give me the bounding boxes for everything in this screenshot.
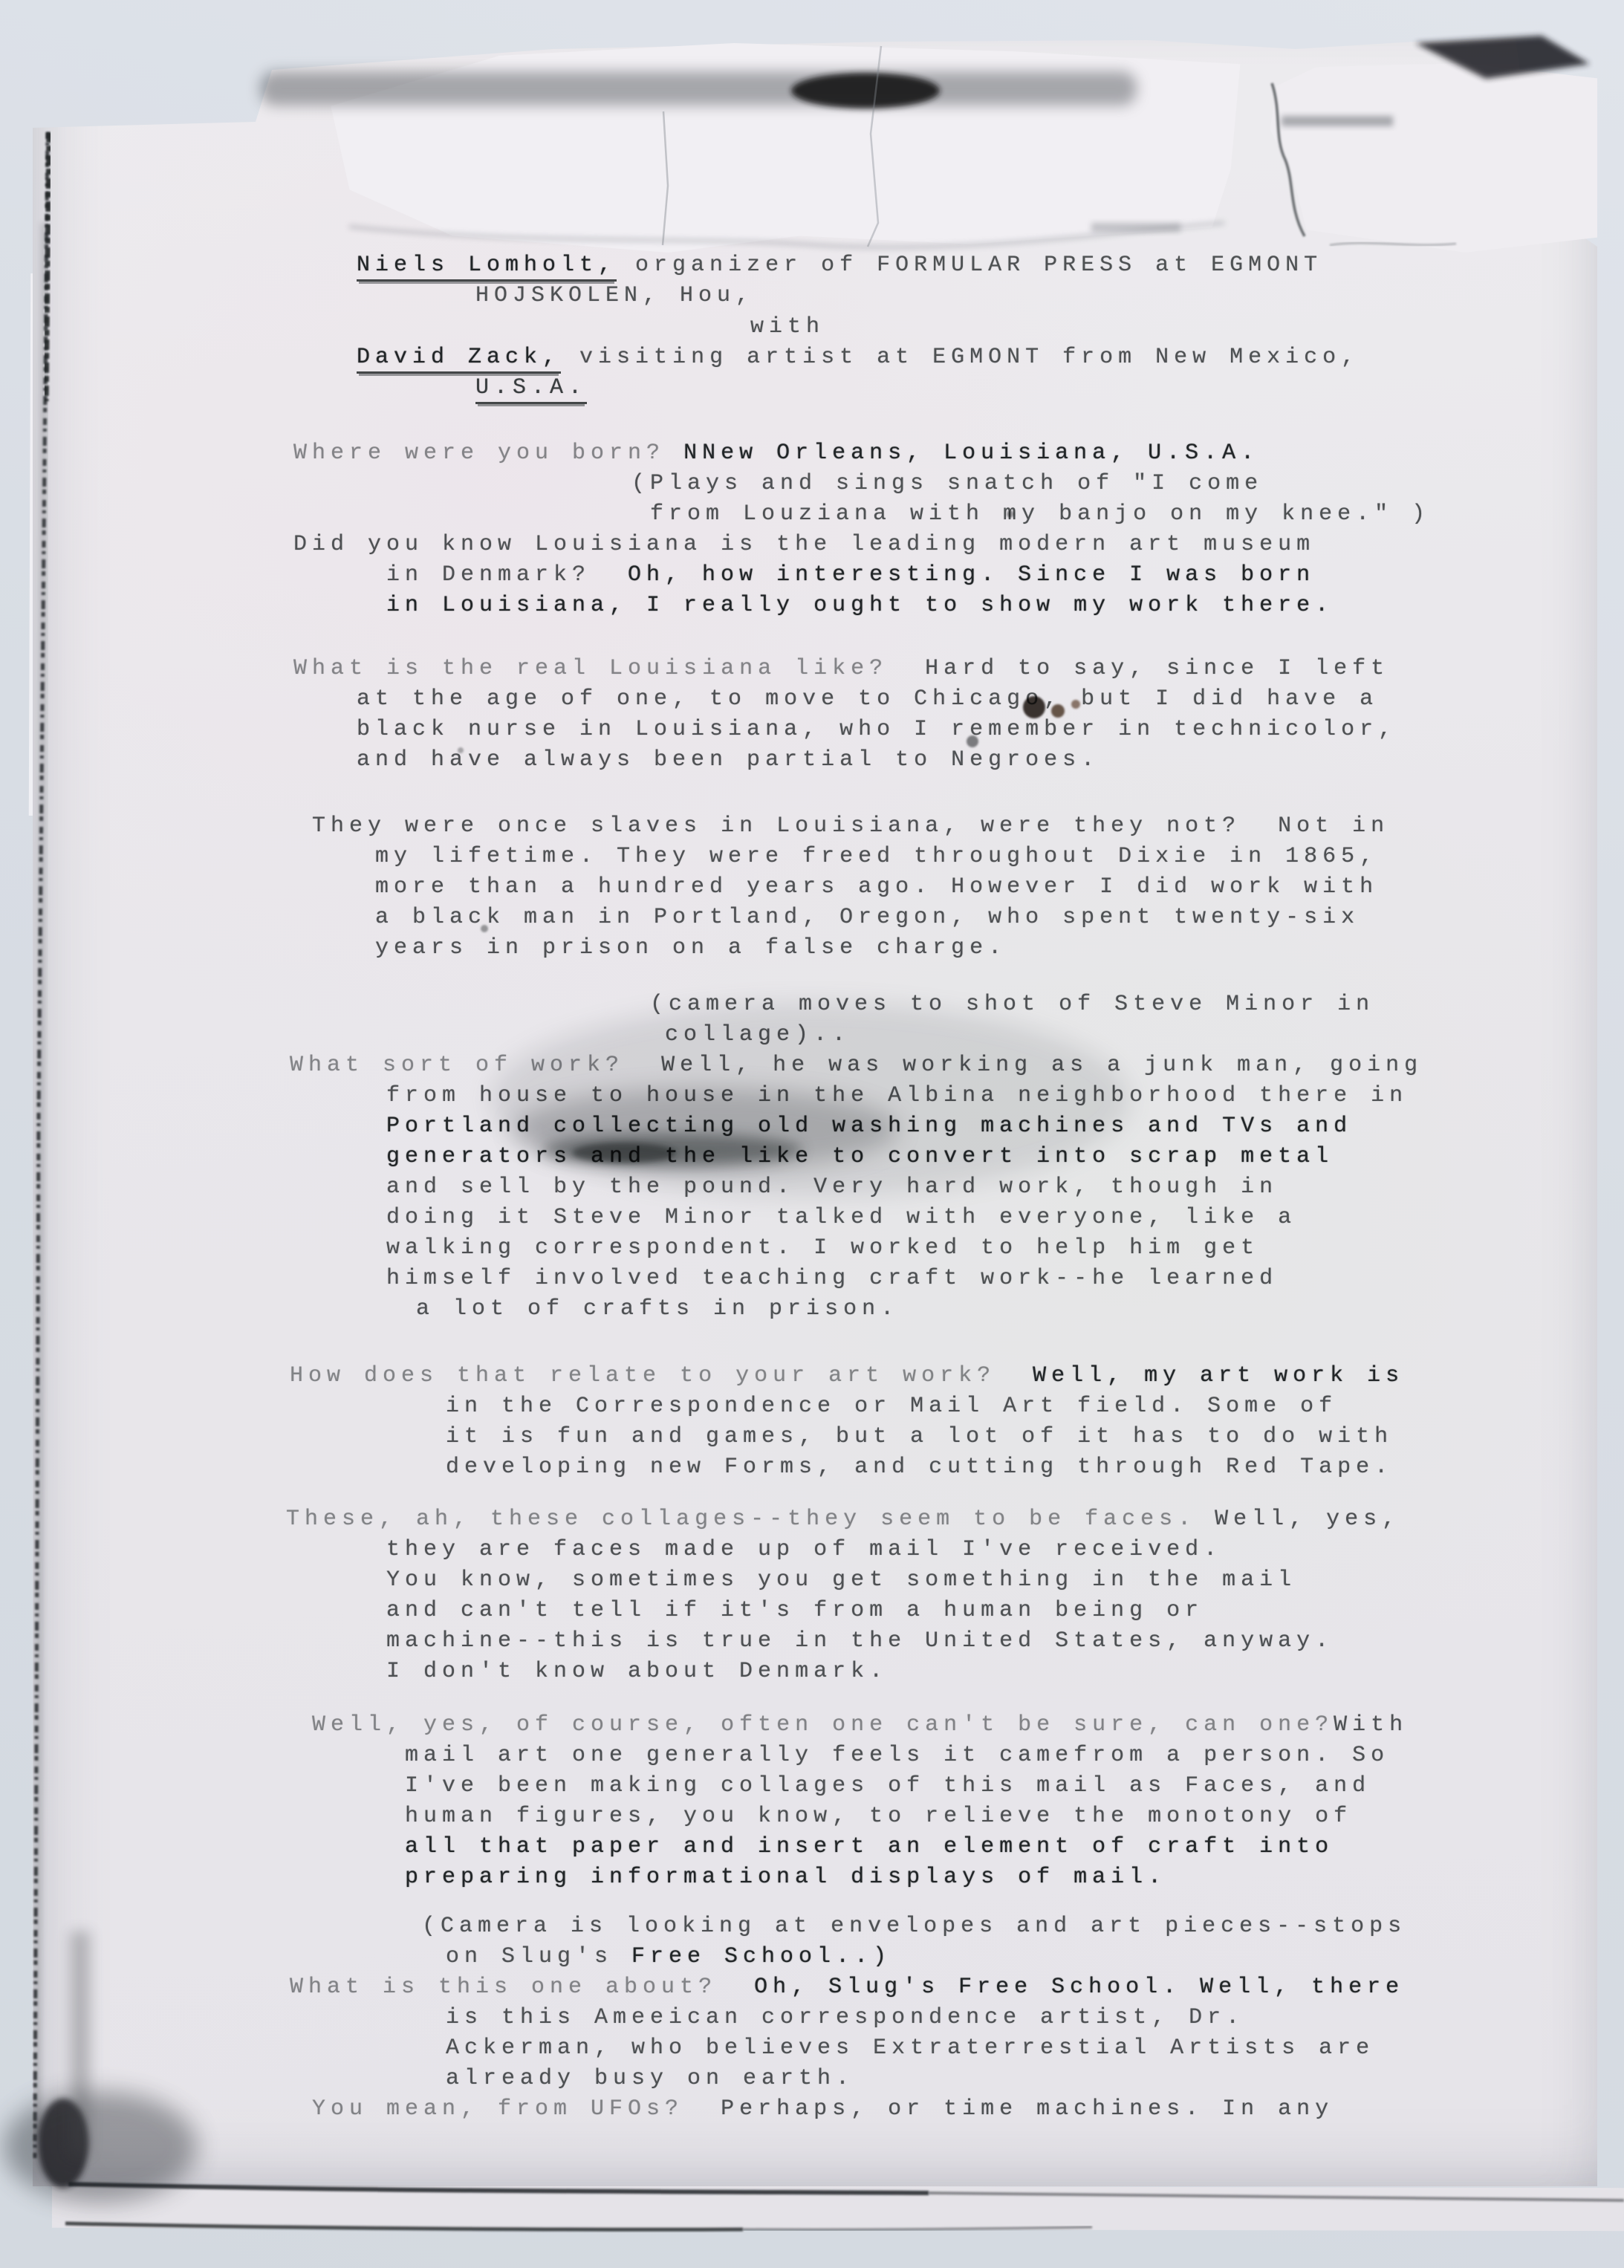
transcript-line: You mean, from UFOs? Perhaps, or time ma… (312, 2098, 1334, 2120)
transcript-segment: himself involved teaching craft work--he… (386, 1266, 1278, 1291)
transcript-line: and have always been partial to Negroes. (357, 749, 1100, 771)
transcript-segment: mail art one generally feels it camefrom… (405, 1743, 1389, 1768)
transcript-line: I've been making collages of this mail a… (405, 1775, 1371, 1797)
photo-backdrop: Niels Lomholt, organizer of FORMULAR PRE… (0, 0, 1624, 2268)
transcript-segment: I've been making collages of this mail a… (405, 1773, 1371, 1799)
transcript-segment: black nurse in Louisiana, who I remember… (357, 717, 1397, 742)
transcript-segment: it is fun and games, but a lot of it has… (446, 1424, 1393, 1449)
transcript-line: U.S.A. (475, 377, 587, 399)
transcript-line: from house to house in the Albina neighb… (386, 1085, 1408, 1107)
transcript-segment: (Plays and sings snatch of "I come (631, 471, 1263, 496)
transcript-line: all that paper and insert an element of … (405, 1836, 1334, 1858)
transcript-line: my lifetime. They were freed throughout … (375, 845, 1378, 868)
transcript-segment: (Camera is looking at envelopes and art … (422, 1914, 1406, 1939)
transcript-segment: from Louziana with my banjo on my knee."… (650, 501, 1430, 527)
transcript-segment: Where were you born? (293, 441, 683, 466)
transcript-line: at the age of one, to move to Chicago, b… (357, 688, 1378, 710)
transcript-line: himself involved teaching craft work--he… (386, 1267, 1278, 1290)
transcript-segment: in Louisiana, I really ought to show my … (386, 593, 1334, 618)
transcript-line: years in prison on a false charge. (375, 937, 1007, 959)
transcript-segment: Perhaps, or time machines. In any (721, 2096, 1334, 2122)
transcript-segment: How does that relate to your art work? (290, 1363, 1033, 1388)
transcript-line: doing it Steve Minor talked with everyon… (386, 1206, 1296, 1229)
transcript-line: from Louziana with my banjo on my knee."… (650, 503, 1430, 525)
transcript-segment: What is this one about? (290, 1975, 754, 2000)
transcript-line: it is fun and games, but a lot of it has… (446, 1426, 1393, 1448)
transcript-segment: at the age of one, to move to Chicago, b… (357, 686, 1378, 712)
transcript-segment: more than a hundred years ago. However I… (375, 874, 1378, 900)
transcript-segment: Portland collecting old washing machines… (386, 1114, 1352, 1139)
transcript-segment: in the Correspondence or Mail Art field.… (446, 1394, 1337, 1419)
transcript-segment: With (1334, 1712, 1408, 1738)
transcript-line: (camera moves to shot of Steve Minor in (650, 993, 1374, 1016)
transcript-segment: all that paper and insert an element of … (405, 1834, 1334, 1859)
transcript-segment: HOJSKOLEN, Hou, (475, 283, 754, 308)
transcript-line: with (750, 316, 825, 338)
transcript-line: Portland collecting old washing machines… (386, 1115, 1352, 1137)
transcript-segment: from house to house in the Albina neighb… (386, 1083, 1408, 1108)
transcript-line: mail art one generally feels it camefrom… (405, 1744, 1389, 1767)
transcript-segment: developing new Forms, and cutting throug… (446, 1455, 1393, 1480)
transcript-line: collage).. (665, 1024, 851, 1046)
transcript-segment: years in prison on a false charge. (375, 935, 1007, 961)
transcript-segment: Did you know Louisiana is the leading mo… (293, 532, 1315, 557)
transcript-line: Where were you born? NNew Orleans, Louis… (293, 442, 1259, 464)
transcript-line: What is this one about? Oh, Slug's Free … (290, 1976, 1404, 1998)
typewritten-transcript: Niels Lomholt, organizer of FORMULAR PRE… (0, 0, 1624, 2268)
transcript-segment: U.S.A. (475, 375, 587, 404)
transcript-line: more than a hundred years ago. However I… (375, 876, 1378, 898)
transcript-segment: What is the real Louisiana like? (293, 656, 925, 681)
transcript-line: I don't know about Denmark. (386, 1660, 888, 1683)
transcript-line: walking correspondent. I worked to help … (386, 1237, 1259, 1259)
transcript-segment: with (750, 314, 825, 339)
transcript-segment: You mean, from UFOs? (312, 2096, 721, 2122)
transcript-line: a black man in Portland, Oregon, who spe… (375, 906, 1360, 929)
transcript-line: on Slug's Free School..) (446, 1946, 891, 1968)
transcript-line: and can't tell if it's from a human bein… (386, 1599, 1204, 1622)
transcript-line: They were once slaves in Louisiana, were… (312, 815, 1389, 837)
transcript-segment: human figures, you know, to relieve the … (405, 1804, 1352, 1829)
transcript-segment: a lot of crafts in prison. (416, 1296, 899, 1322)
transcript-segment: they are faces made up of mail I've rece… (386, 1537, 1222, 1562)
transcript-segment: machine--this is true in the United Stat… (386, 1628, 1334, 1654)
transcript-line: Ackerman, who believes Extraterrestial A… (446, 2037, 1374, 2059)
transcript-line: (Camera is looking at envelopes and art … (422, 1915, 1406, 1937)
transcript-segment: visiting artist at EGMONT from New Mexic… (561, 345, 1360, 370)
transcript-line: preparing informational displays of mail… (405, 1866, 1166, 1888)
transcript-segment: Niels Lomholt, (357, 253, 617, 282)
transcript-line: These, ah, these collages--they seem to … (286, 1508, 1400, 1530)
transcript-segment: They were once slaves in Louisiana, were… (312, 813, 1389, 839)
transcript-segment: You know, sometimes you get something in… (386, 1567, 1296, 1593)
transcript-line: Niels Lomholt, organizer of FORMULAR PRE… (357, 254, 1322, 276)
transcript-segment: a black man in Portland, Oregon, who spe… (375, 905, 1360, 930)
transcript-segment: walking correspondent. I worked to help … (386, 1235, 1259, 1261)
transcript-line: and sell by the pound. Very hard work, t… (386, 1176, 1278, 1198)
transcript-segment: preparing informational displays of mail… (405, 1865, 1166, 1890)
transcript-line: You know, sometimes you get something in… (386, 1569, 1296, 1591)
transcript-segment: doing it Steve Minor talked with everyon… (386, 1205, 1296, 1230)
transcript-segment: Free School..) (631, 1944, 891, 1969)
transcript-line: David Zack, visiting artist at EGMONT fr… (357, 346, 1360, 368)
transcript-segment: NNew Orleans, Louisiana, U.S.A. (683, 441, 1259, 466)
transcript-segment: What sort of work? (290, 1053, 661, 1078)
transcript-line: What sort of work? Well, he was working … (290, 1054, 1423, 1076)
transcript-line: HOJSKOLEN, Hou, (475, 285, 754, 307)
transcript-line: Did you know Louisiana is the leading mo… (293, 533, 1315, 556)
transcript-line: machine--this is true in the United Stat… (386, 1630, 1334, 1652)
transcript-segment: Oh, how interesting. Since I was born (628, 562, 1315, 588)
transcript-segment: generators and the like to convert into … (386, 1144, 1334, 1169)
transcript-segment: Well, yes, (1215, 1507, 1400, 1532)
transcript-line: (Plays and sings snatch of "I come (631, 472, 1263, 495)
transcript-line: What is the real Louisiana like? Hard to… (293, 657, 1389, 680)
transcript-segment: (camera moves to shot of Steve Minor in (650, 992, 1374, 1017)
transcript-line: developing new Forms, and cutting throug… (446, 1456, 1393, 1478)
transcript-segment: in Denmark? (386, 562, 628, 588)
transcript-segment: Well, yes, of course, often one can't be… (312, 1712, 1334, 1738)
transcript-line: Well, yes, of course, often one can't be… (312, 1714, 1408, 1736)
transcript-line: in the Correspondence or Mail Art field.… (446, 1395, 1337, 1417)
transcript-line: How does that relate to your art work? W… (290, 1365, 1404, 1387)
transcript-segment: and sell by the pound. Very hard work, t… (386, 1174, 1278, 1200)
transcript-segment: and can't tell if it's from a human bein… (386, 1598, 1204, 1623)
transcript-segment: my lifetime. They were freed throughout … (375, 844, 1378, 869)
transcript-line: is this Ameeican correspondence artist, … (446, 2007, 1244, 2029)
transcript-line: they are faces made up of mail I've rece… (386, 1538, 1222, 1561)
transcript-line: human figures, you know, to relieve the … (405, 1805, 1352, 1827)
transcript-segment: is this Ameeican correspondence artist, … (446, 2005, 1244, 2030)
transcript-line: generators and the like to convert into … (386, 1146, 1334, 1168)
transcript-line: a lot of crafts in prison. (416, 1298, 899, 1320)
transcript-line: in Louisiana, I really ought to show my … (386, 594, 1334, 617)
transcript-segment: David Zack, (357, 345, 561, 374)
transcript-line: black nurse in Louisiana, who I remember… (357, 718, 1397, 741)
transcript-segment: Well, he was working as a junk man, goin… (661, 1053, 1423, 1078)
transcript-segment: Well, my art work is (1033, 1363, 1404, 1388)
transcript-segment: collage).. (665, 1022, 851, 1047)
transcript-line: already busy on earth. (446, 2067, 854, 2090)
transcript-segment: Oh, Slug's Free School. Well, there (754, 1975, 1404, 2000)
transcript-segment: organizer of FORMULAR PRESS at EGMONT (617, 253, 1322, 278)
transcript-segment: These, ah, these collages--they seem to … (286, 1507, 1215, 1532)
transcript-segment: on Slug's (446, 1944, 631, 1969)
transcript-segment: and have always been partial to Negroes. (357, 747, 1100, 773)
transcript-segment: Hard to say, since I left (925, 656, 1389, 681)
transcript-segment: already busy on earth. (446, 2066, 854, 2091)
transcript-line: in Denmark? Oh, how interesting. Since I… (386, 564, 1315, 586)
transcript-segment: I don't know about Denmark. (386, 1659, 888, 1684)
transcript-segment: Ackerman, who believes Extraterrestial A… (446, 2035, 1374, 2061)
